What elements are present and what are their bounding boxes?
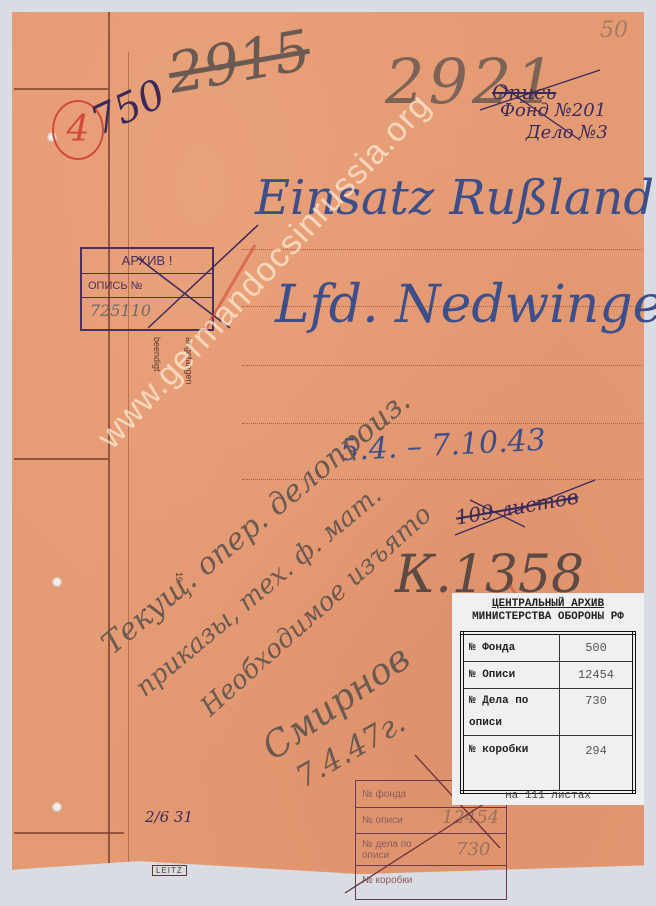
label-opis: № Описи bbox=[462, 662, 560, 689]
label-box: № коробки bbox=[462, 736, 560, 793]
label-card-table: № Фонда 500 № Описи 12454 № Дела по опис… bbox=[460, 631, 636, 794]
value-box: 294 bbox=[560, 736, 635, 793]
archive-label-card: ЦЕНТРАЛЬНЫЙ АРХИВ МИНИСТЕРСТВА ОБОРОНЫ Р… bbox=[452, 593, 644, 805]
label-card-header-line1: ЦЕНТРАЛЬНЫЙ АРХИВ bbox=[452, 598, 644, 611]
table-row: № Описи 12454 bbox=[462, 662, 634, 689]
value-delo: 730 bbox=[560, 689, 635, 736]
value-fond: 500 bbox=[560, 633, 635, 662]
label-card-footer: на 111 листах bbox=[452, 790, 644, 802]
label-card-header-line2: МИНИСТЕРСТВА ОБОРОНЫ РФ bbox=[452, 611, 644, 624]
table-row: № коробки 294 bbox=[462, 736, 634, 793]
label-fond: № Фонда bbox=[462, 633, 560, 662]
label-delo: № Дела по описи bbox=[462, 689, 560, 736]
table-row: № Дела по описи 730 bbox=[462, 689, 634, 736]
table-row: № Фонда 500 bbox=[462, 633, 634, 662]
value-opis: 12454 bbox=[560, 662, 635, 689]
label-card-header: ЦЕНТРАЛЬНЫЙ АРХИВ МИНИСТЕРСТВА ОБОРОНЫ Р… bbox=[452, 598, 644, 624]
